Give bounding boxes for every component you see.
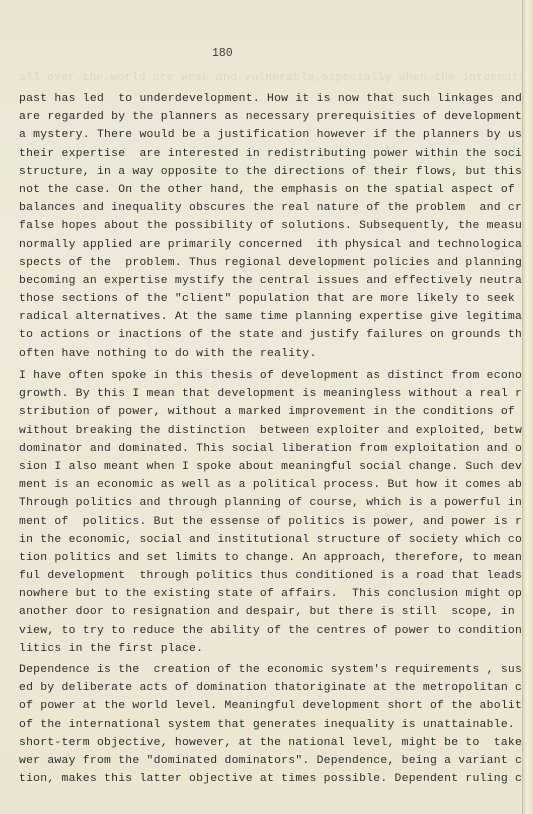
text-line: ment of politics. But the essense of pol… xyxy=(19,513,519,531)
text-line: Dependence is the creation of the econom… xyxy=(19,661,519,679)
text-line: normally applied are primarily concerned… xyxy=(19,236,519,254)
text-line: becoming an expertise mystify the centra… xyxy=(19,272,519,290)
text-line: radical alternatives. At the same time p… xyxy=(19,308,519,326)
text-line: wer away from the "dominated dominators"… xyxy=(19,752,519,770)
text-line: ment is an economic as well as a politic… xyxy=(19,476,519,494)
text-line: those sections of the "client" populatio… xyxy=(19,290,519,308)
text-line: stribution of power, without a marked im… xyxy=(19,403,519,421)
text-line: spects of the problem. Thus regional dev… xyxy=(19,254,519,272)
text-line: Through politics and through planning of… xyxy=(19,494,519,512)
text-line: nowhere but to the existing state of aff… xyxy=(19,585,519,603)
text-line: often have nothing to do with the realit… xyxy=(19,345,519,363)
text-line: not the case. On the other hand, the emp… xyxy=(19,181,519,199)
text-line: another door to resignation and despair,… xyxy=(19,603,519,621)
text-line: balances and inequality obscures the rea… xyxy=(19,199,519,217)
text-line: tion politics and set limits to change. … xyxy=(19,549,519,567)
text-line: structure, in a way opposite to the dire… xyxy=(19,163,519,181)
paragraph-1: past has led to underdevelopment. How it… xyxy=(19,90,519,363)
text-line: dominator and dominated. This social lib… xyxy=(19,440,519,458)
text-line: I have often spoke in this thesis of dev… xyxy=(19,367,519,385)
text-line: ful development through politics thus co… xyxy=(19,567,519,585)
text-line: sion I also meant when I spoke about mea… xyxy=(19,458,519,476)
text-line: to actions or inactions of the state and… xyxy=(19,326,519,344)
text-line: growth. By this I mean that development … xyxy=(19,385,519,403)
text-line: their expertise are interested in redist… xyxy=(19,145,519,163)
text-line: in the economic, social and institutiona… xyxy=(19,531,519,549)
bleed-through-text: all over the world are weak and vulnerab… xyxy=(19,72,533,84)
text-line: without breaking the distinction between… xyxy=(19,422,519,440)
text-line: tion, makes this latter objective at tim… xyxy=(19,770,519,788)
paper-edge xyxy=(522,0,533,814)
text-line: are regarded by the planners as necessar… xyxy=(19,108,519,126)
paragraph-3: Dependence is the creation of the econom… xyxy=(19,661,519,788)
paragraph-2: I have often spoke in this thesis of dev… xyxy=(19,367,519,658)
page-number: 180 xyxy=(212,47,233,60)
text-line: a mystery. There would be a justificatio… xyxy=(19,126,519,144)
text-line: litics in the first place. xyxy=(19,640,519,658)
text-line: ed by deliberate acts of domination that… xyxy=(19,679,519,697)
text-line: of the international system that generat… xyxy=(19,716,519,734)
text-line: past has led to underdevelopment. How it… xyxy=(19,90,519,108)
text-line: false hopes about the possibility of sol… xyxy=(19,217,519,235)
text-line: view, to try to reduce the ability of th… xyxy=(19,622,519,640)
text-line: of power at the world level. Meaningful … xyxy=(19,697,519,715)
document-page: all over the world are weak and vulnerab… xyxy=(0,0,523,814)
text-line: short-term objective, however, at the na… xyxy=(19,734,519,752)
